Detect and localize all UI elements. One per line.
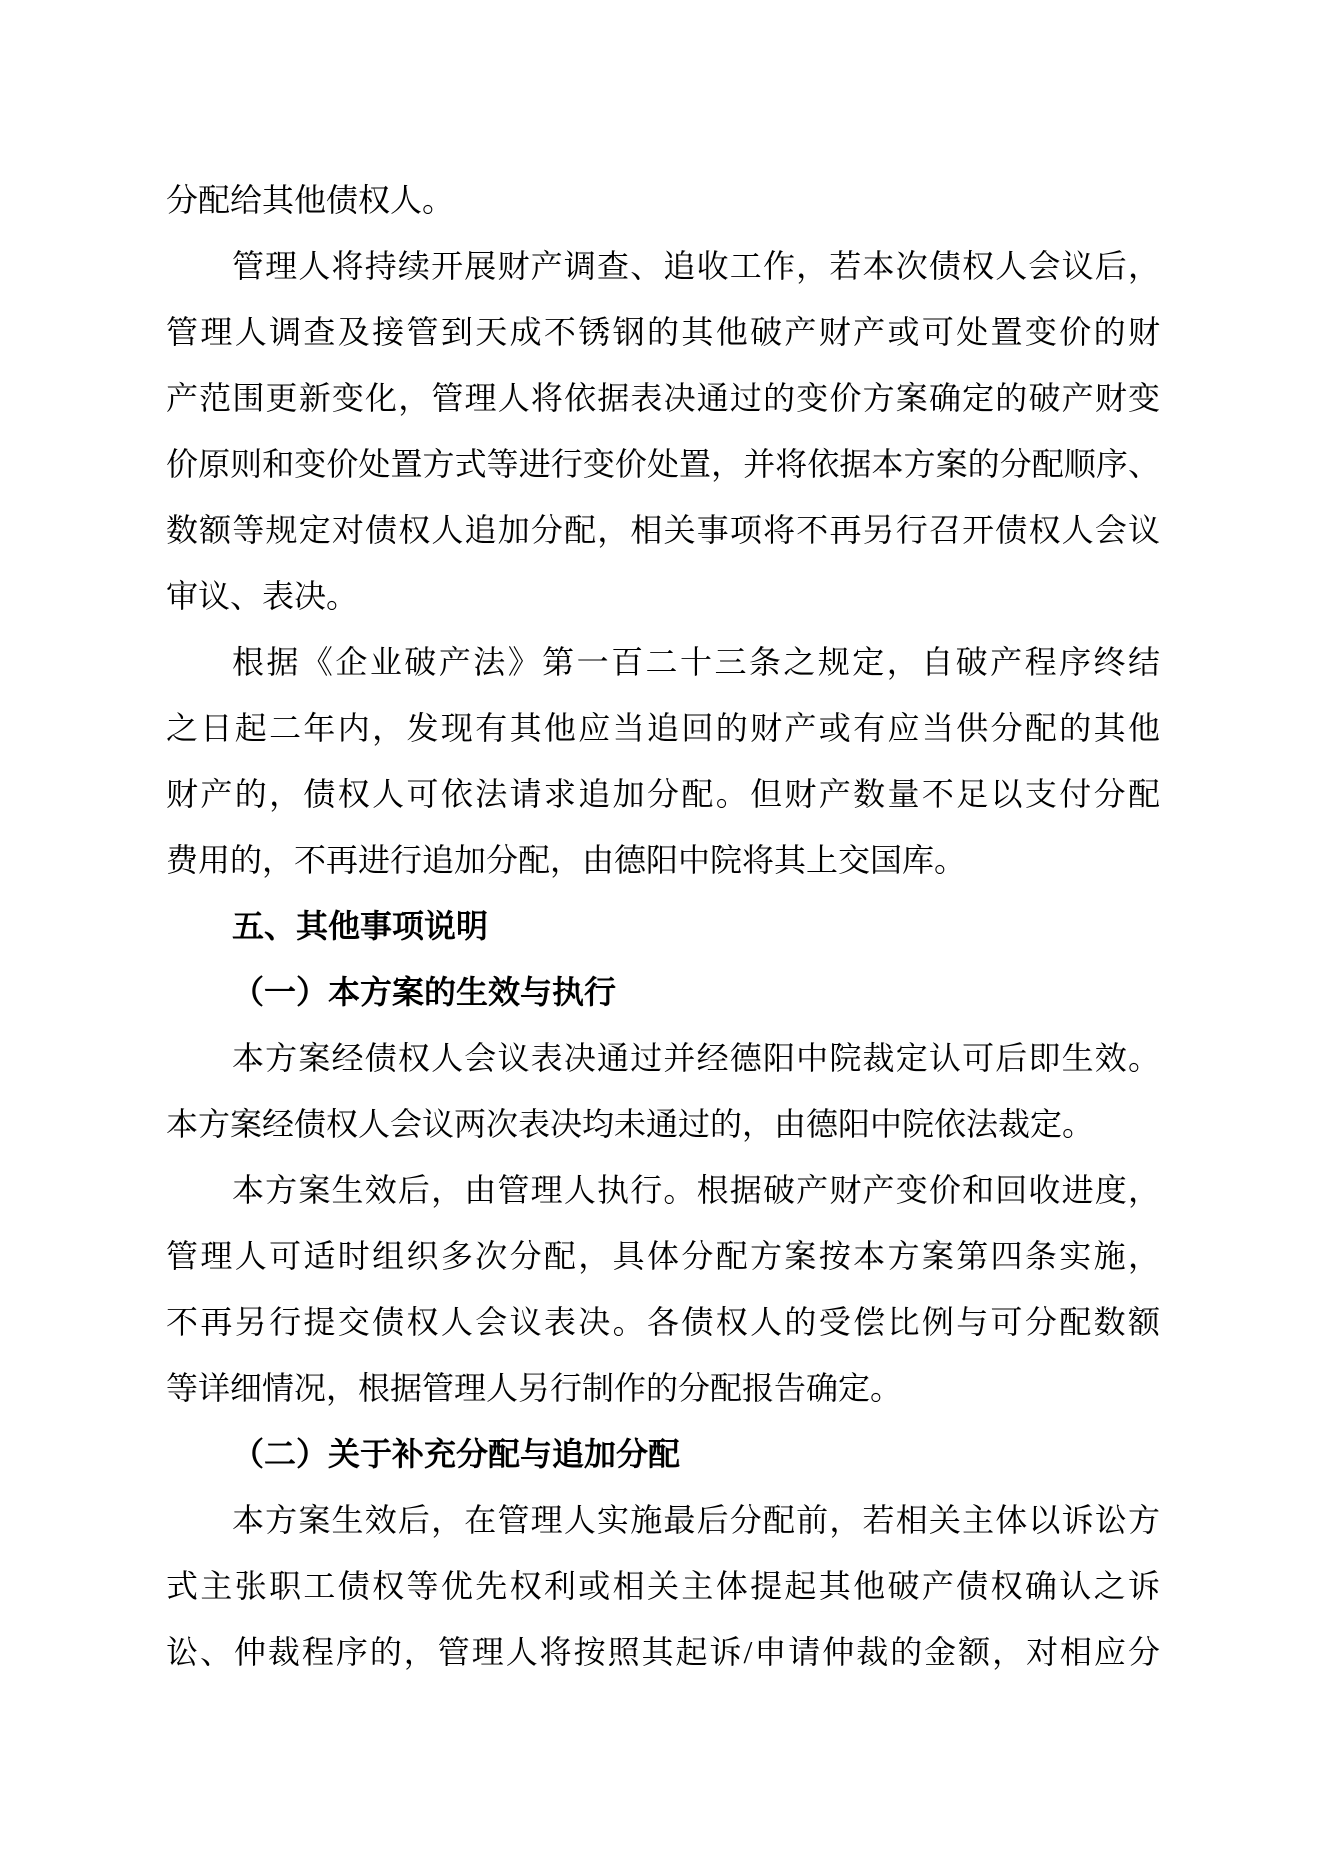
text-line: 式主张职工债权等优先权利或相关主体提起其他破产债权确认之诉: [166, 1553, 1160, 1619]
text-line: （一）本方案的生效与执行: [166, 959, 1160, 1025]
text-line: 管理人调查及接管到天成不锈钢的其他破产财产或可处置变价的财: [166, 299, 1160, 365]
text-line: 分配给其他债权人。: [166, 167, 1160, 233]
section-heading: （一）本方案的生效与执行: [166, 959, 1160, 1025]
text-line: 讼、仲裁程序的，管理人将按照其起诉/申请仲裁的金额，对相应分: [166, 1619, 1160, 1685]
text-line: 本方案生效后，由管理人执行。根据破产财产变价和回收进度，: [166, 1157, 1160, 1223]
paragraph: 根据《企业破产法》第一百二十三条之规定，自破产程序终结之日起二年内，发现有其他应…: [166, 629, 1160, 893]
text-line: 等详细情况，根据管理人另行制作的分配报告确定。: [166, 1355, 1160, 1421]
text-line: 之日起二年内，发现有其他应当追回的财产或有应当供分配的其他: [166, 695, 1160, 761]
text-line: 本方案经债权人会议两次表决均未通过的，由德阳中院依法裁定。: [166, 1091, 1160, 1157]
section-heading: （二）关于补充分配与追加分配: [166, 1421, 1160, 1487]
text-line: 审议、表决。: [166, 563, 1160, 629]
text-line: 产范围更新变化，管理人将依据表决通过的变价方案确定的破产财变: [166, 365, 1160, 431]
paragraph: 本方案生效后，在管理人实施最后分配前，若相关主体以诉讼方式主张职工债权等优先权利…: [166, 1487, 1160, 1685]
text-line: 不再另行提交债权人会议表决。各债权人的受偿比例与可分配数额: [166, 1289, 1160, 1355]
text-line: 本方案生效后，在管理人实施最后分配前，若相关主体以诉讼方: [166, 1487, 1160, 1553]
text-line: 财产的，债权人可依法请求追加分配。但财产数量不足以支付分配: [166, 761, 1160, 827]
text-line: 数额等规定对债权人追加分配，相关事项将不再另行召开债权人会议: [166, 497, 1160, 563]
text-line: 五、其他事项说明: [166, 893, 1160, 959]
paragraph: 分配给其他债权人。: [166, 167, 1160, 233]
paragraph: 本方案生效后，由管理人执行。根据破产财产变价和回收进度，管理人可适时组织多次分配…: [166, 1157, 1160, 1421]
section-heading: 五、其他事项说明: [166, 893, 1160, 959]
text-line: 管理人将持续开展财产调查、追收工作，若本次债权人会议后，: [166, 233, 1160, 299]
text-line: 本方案经债权人会议表决通过并经德阳中院裁定认可后即生效。: [166, 1025, 1160, 1091]
text-line: 价原则和变价处置方式等进行变价处置，并将依据本方案的分配顺序、: [166, 431, 1160, 497]
text-line: 根据《企业破产法》第一百二十三条之规定，自破产程序终结: [166, 629, 1160, 695]
text-line: （二）关于补充分配与追加分配: [166, 1421, 1160, 1487]
document-page: 分配给其他债权人。管理人将持续开展财产调查、追收工作，若本次债权人会议后，管理人…: [0, 0, 1323, 1871]
document-body: 分配给其他债权人。管理人将持续开展财产调查、追收工作，若本次债权人会议后，管理人…: [166, 167, 1160, 1685]
text-line: 费用的，不再进行追加分配，由德阳中院将其上交国库。: [166, 827, 1160, 893]
text-line: 管理人可适时组织多次分配，具体分配方案按本方案第四条实施，: [166, 1223, 1160, 1289]
paragraph: 本方案经债权人会议表决通过并经德阳中院裁定认可后即生效。本方案经债权人会议两次表…: [166, 1025, 1160, 1157]
paragraph: 管理人将持续开展财产调查、追收工作，若本次债权人会议后，管理人调查及接管到天成不…: [166, 233, 1160, 629]
